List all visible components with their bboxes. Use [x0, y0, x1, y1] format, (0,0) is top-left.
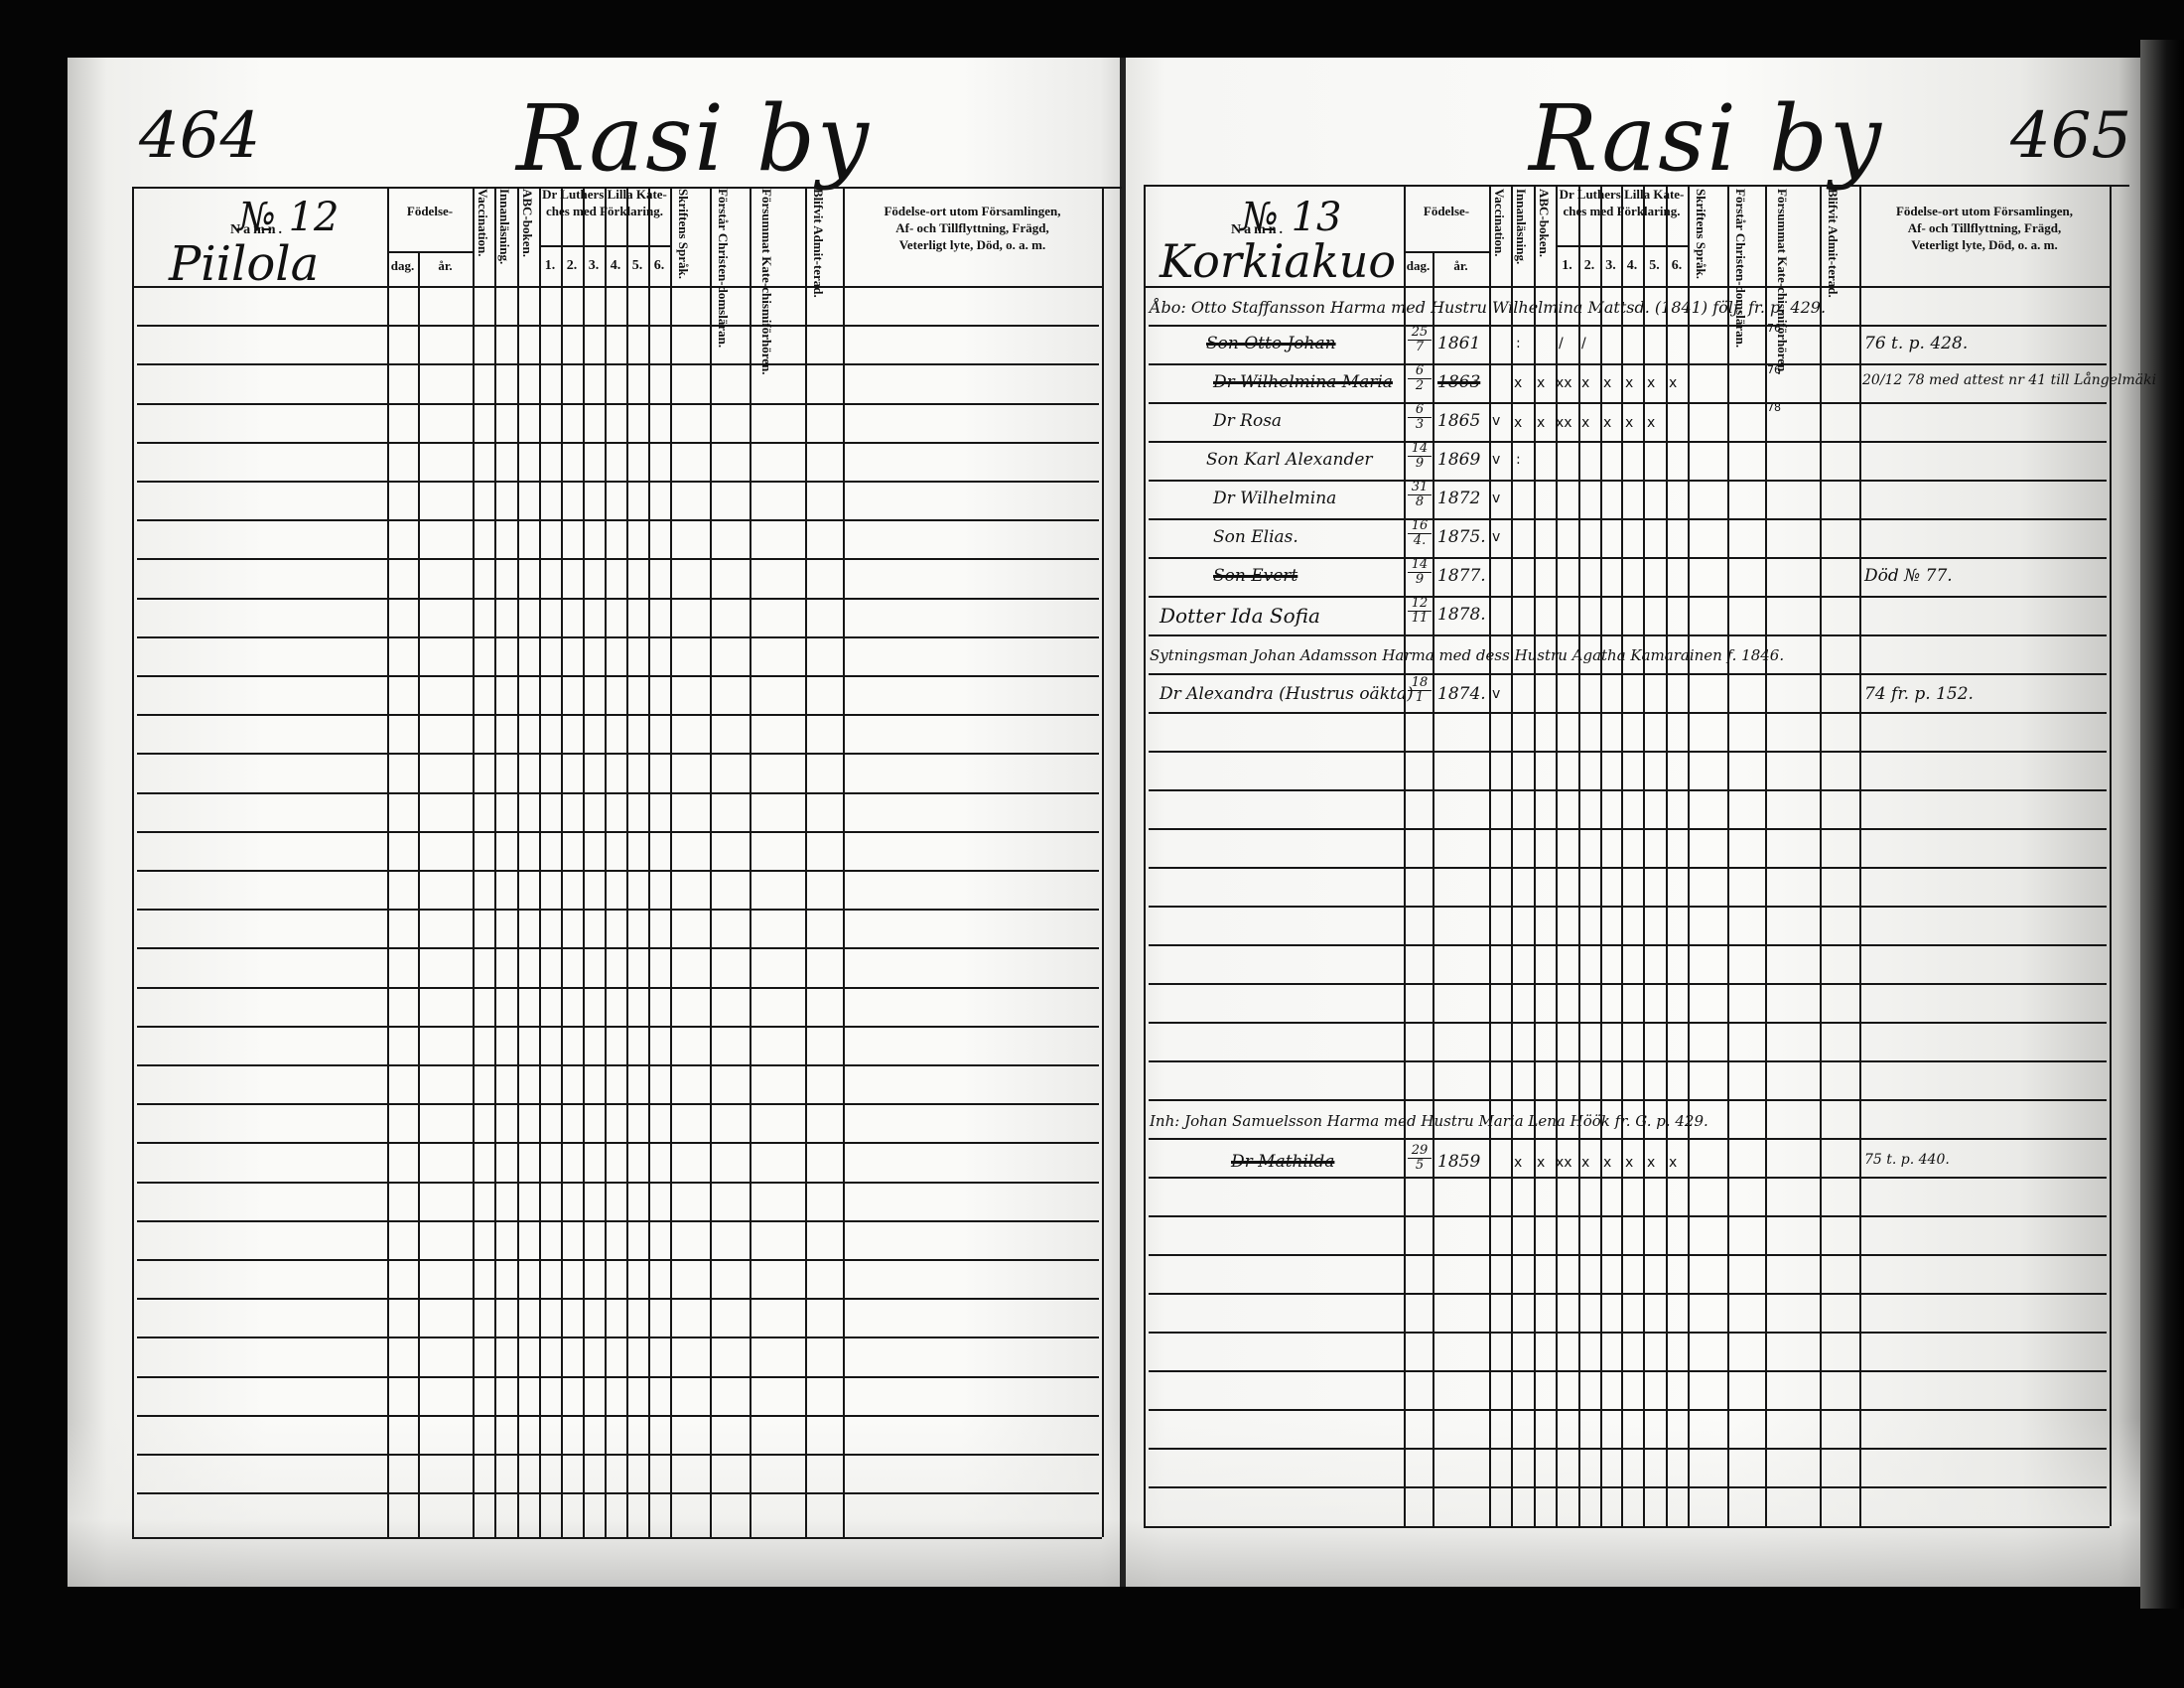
entry-household-head: Åbo: Otto Staffansson Harma med Hustru W… [1150, 298, 1826, 317]
row-rule [137, 1103, 1099, 1105]
row-rule [137, 870, 1099, 872]
entry-name: Dr Wilhelmina Maria [1213, 372, 1393, 392]
row-rule [1149, 634, 2107, 636]
vaccination-mark: v [1492, 452, 1500, 468]
row-rule [137, 519, 1099, 521]
catechism-mark: x [1669, 1155, 1677, 1171]
header-subrule [1556, 245, 1688, 247]
row-rule [137, 1454, 1099, 1456]
row-rule [137, 1492, 1099, 1494]
header-skriftens: Skriftens Språk. [676, 189, 690, 279]
column-divider [418, 251, 420, 1537]
header-katekes-1: 1. [1556, 258, 1578, 273]
row-rule [137, 1064, 1099, 1066]
birth-day: 149 [1408, 442, 1432, 471]
column-divider [561, 187, 563, 1537]
row-rule [1149, 1370, 2107, 1372]
catechism-mark: / [1581, 336, 1586, 352]
column-divider [1578, 185, 1580, 1526]
header-notes-1: Födelse-ort utom Församlingen, [843, 204, 1102, 218]
header-vaccination: Vaccination. [1492, 189, 1506, 257]
catechism-mark: x [1603, 375, 1611, 391]
entry-name: Dr Alexandra (Hustrus oäkta) [1160, 684, 1414, 704]
catechism-mark: / [1559, 336, 1564, 352]
column-divider [843, 187, 845, 1537]
row-rule [137, 363, 1099, 365]
row-rule [1149, 480, 2107, 482]
header-abc: ABC-boken. [520, 189, 534, 257]
entry-name: Son Elias. [1213, 527, 1298, 547]
column-divider [583, 187, 585, 1537]
birth-year: 1872 [1437, 489, 1480, 508]
row-rule [1149, 1138, 2107, 1140]
row-rule [1149, 983, 2107, 985]
entry-note: 75 t. p. 440. [1864, 1152, 1950, 1168]
row-rule [137, 1220, 1099, 1222]
header-katekes-2: 2. [561, 258, 583, 273]
header-notes-3: Veterligt lyte, Död, o. a. m. [1859, 237, 2110, 252]
catechism-mark: x [1625, 375, 1633, 391]
row-rule [137, 1259, 1099, 1261]
row-rule [137, 1142, 1099, 1144]
catechism-mark: x [1647, 1155, 1655, 1171]
column-divider [1859, 185, 1861, 1526]
birth-year: 1859 [1437, 1152, 1480, 1172]
entry-household-lodger: Inh: Johan Samuelsson Harma med Hustru M… [1150, 1112, 1708, 1130]
row-rule [1149, 1177, 2107, 1179]
birth-day: 62 [1408, 364, 1432, 393]
reading-mark: : [1516, 336, 1521, 352]
birth-year: 1877. [1437, 566, 1486, 586]
header-notes-1: Födelse-ort utom Församlingen, [1859, 204, 2110, 218]
row-rule [1149, 441, 2107, 443]
table-left-border [1144, 185, 1146, 1526]
row-rule [1149, 1448, 2107, 1450]
row-rule [137, 558, 1099, 560]
birth-day: 181 [1408, 676, 1432, 705]
birth-year: 1874. [1437, 684, 1486, 704]
row-rule [1149, 1254, 2107, 1256]
catechism-mark: x [1603, 1155, 1611, 1171]
column-divider [539, 187, 541, 1537]
row-rule [137, 831, 1099, 833]
row-rule [137, 714, 1099, 716]
right-farm-name: Korkiakuo [1160, 234, 1396, 288]
row-rule [137, 442, 1099, 444]
catechism-mark: x [1581, 415, 1589, 431]
column-divider [387, 187, 389, 1537]
header-vaccination: Vaccination. [476, 189, 489, 257]
row-rule [1149, 1060, 2107, 1062]
row-rule [137, 1376, 1099, 1378]
row-rule [137, 675, 1099, 677]
entry-name: Dr Mathilda [1231, 1152, 1334, 1172]
column-divider [1666, 185, 1668, 1526]
column-divider [626, 187, 628, 1537]
catechism-mark: x [1581, 1155, 1589, 1171]
row-rule [137, 636, 1099, 638]
right-page-number: 465 [2010, 99, 2131, 173]
header-bottom-border [132, 286, 1102, 288]
catechism-mark: x [1669, 375, 1677, 391]
header-dag: dag. [387, 258, 418, 273]
entry-name: Son Evert [1213, 566, 1297, 586]
vaccination-mark: v [1492, 529, 1500, 545]
table-left-border [132, 187, 134, 1537]
header-forstar: Förstår Christen-domsläran. [1733, 189, 1747, 284]
left-page-number: 464 [139, 99, 260, 173]
left-farm-name: Piilola [169, 236, 319, 292]
reading-mark: x [1514, 375, 1522, 391]
birth-year: 1875. [1437, 527, 1486, 547]
header-katekes-1: Dr Luthers Lilla Kate- [1556, 187, 1688, 202]
row-rule [1149, 596, 2107, 598]
birth-year: 1863 [1437, 372, 1480, 392]
header-ar: år. [418, 258, 473, 273]
header-fodelse: Födelse- [1404, 204, 1489, 218]
birth-day: 63 [1408, 403, 1432, 432]
column-divider [1534, 185, 1536, 1526]
table-right-border [2110, 185, 2112, 1526]
row-rule [137, 909, 1099, 911]
header-katekes-6: 6. [1666, 258, 1688, 273]
column-divider [805, 187, 807, 1537]
abc-mark: x [1537, 1155, 1545, 1171]
catechism-mark: x [1581, 375, 1589, 391]
row-rule [1149, 557, 2107, 559]
header-forsummat: Försummat Kate-chismiförhören. [759, 189, 773, 284]
birth-day: 257 [1408, 326, 1432, 354]
birth-day: 1211 [1408, 597, 1432, 626]
header-katekes-6: 6. [648, 258, 670, 273]
row-rule [1149, 1215, 2107, 1217]
row-rule [1149, 867, 2107, 869]
vaccination-mark: v [1492, 413, 1500, 429]
column-divider [1489, 185, 1491, 1526]
column-divider [1511, 185, 1513, 1526]
row-rule [1149, 1486, 2107, 1488]
header-bottom-border [1144, 286, 2110, 288]
entry-note: 20/12 78 med attest nr 41 till Långelmäk… [1862, 372, 2156, 388]
header-innanlasning: Innanläsning. [497, 189, 511, 264]
column-divider [1643, 185, 1645, 1526]
catechism-mark: x [1625, 415, 1633, 431]
scanned-register-spread: 464 Rasi by Rasi by 465 № 12 Namn. Piilo… [0, 0, 2184, 1688]
birth-year: 1869 [1437, 450, 1480, 470]
column-divider [1688, 185, 1690, 1526]
column-divider [1556, 185, 1558, 1526]
birth-day: 164. [1408, 519, 1432, 548]
header-notes-2: Af- och Tillflyttning, Frägd, [843, 220, 1102, 235]
row-rule [1149, 789, 2107, 791]
header-katekes-1: 1. [539, 258, 561, 273]
header-notes-3: Veterligt lyte, Död, o. a. m. [843, 237, 1102, 252]
header-katekes-5: 5. [1643, 258, 1666, 273]
vaccination-mark: v [1492, 491, 1500, 506]
catechism-mark: x [1603, 415, 1611, 431]
column-divider [605, 187, 607, 1537]
birth-year: 1878. [1437, 605, 1486, 625]
row-rule [1149, 518, 2107, 520]
catechism-mark: xx [1556, 415, 1572, 431]
reading-mark: x [1514, 1155, 1522, 1171]
row-rule [137, 792, 1099, 794]
row-rule [1149, 1099, 2107, 1101]
row-rule [1149, 751, 2107, 753]
row-rule [137, 1336, 1099, 1338]
entry-name: Dr Rosa [1213, 411, 1282, 431]
entry-name: Son Karl Alexander [1206, 450, 1373, 470]
header-katekes-5: 5. [626, 258, 648, 273]
column-divider [1765, 185, 1767, 1526]
header-notes-2: Af- och Tillflyttning, Frägd, [1859, 220, 2110, 235]
header-abc: ABC-boken. [1537, 189, 1551, 257]
header-katekes-4: 4. [1621, 258, 1643, 273]
column-divider [710, 187, 712, 1537]
header-forstar: Förstår Christen-domsläran. [716, 189, 730, 284]
birth-year: 1865 [1437, 411, 1480, 431]
row-rule [137, 325, 1099, 327]
header-blifvit: Blifvit Admit-terad. [811, 189, 825, 284]
entry-name: Son Otto Johan [1206, 334, 1336, 353]
header-katekes-4: 4. [605, 258, 626, 273]
entry-note: 76 t. p. 428. [1864, 334, 1968, 353]
row-rule [1149, 1293, 2107, 1295]
row-rule [137, 1298, 1099, 1300]
row-rule [137, 403, 1099, 405]
column-divider [670, 187, 672, 1537]
column-divider [1820, 185, 1822, 1526]
column-divider [1600, 185, 1602, 1526]
entry-name: Dr Wilhelmina [1213, 489, 1336, 508]
reading-mark: : [1516, 452, 1521, 468]
entry-note: Död № 77. [1864, 566, 1953, 586]
row-rule [137, 753, 1099, 755]
column-divider [517, 187, 519, 1537]
header-subrule [1404, 251, 1489, 253]
header-katekes-3: 3. [1600, 258, 1621, 273]
header-katekes-1: Dr Luthers Lilla Kate- [539, 187, 670, 202]
header-subrule [387, 251, 473, 253]
row-rule [137, 1415, 1099, 1417]
row-rule [1149, 1409, 2107, 1411]
entry-note: 74 fr. p. 152. [1864, 684, 1974, 704]
vaccination-mark: v [1492, 686, 1500, 702]
row-rule [137, 481, 1099, 483]
row-rule [137, 947, 1099, 949]
table-right-border [1102, 187, 1104, 1537]
column-divider [750, 187, 751, 1537]
row-rule [1149, 944, 2107, 946]
header-skriftens: Skriftens Språk. [1694, 189, 1707, 279]
header-subrule [539, 245, 670, 247]
row-rule [1149, 1332, 2107, 1334]
header-katekes-3: 3. [583, 258, 605, 273]
birth-day: 149 [1408, 558, 1432, 587]
column-divider [648, 187, 650, 1537]
table-bottom-border [1144, 1526, 2110, 1528]
header-katekes-2: ches med Förklaring. [1556, 204, 1688, 218]
entry-name: Dotter Ida Sofia [1160, 604, 1320, 628]
header-dag: dag. [1404, 258, 1433, 273]
header-fodelse: Födelse- [387, 204, 473, 218]
row-rule [1149, 828, 2107, 830]
column-divider [1404, 185, 1406, 1526]
birth-day: 295 [1408, 1144, 1432, 1173]
table-bottom-border [132, 1537, 1102, 1539]
catechism-mark: xx [1556, 1155, 1572, 1171]
left-village-heading: Rasi by [516, 85, 871, 192]
row-rule [1149, 325, 2107, 327]
header-blifvit: Blifvit Admit-terad. [1826, 189, 1840, 284]
row-rule [137, 1182, 1099, 1184]
row-rule [137, 1026, 1099, 1028]
row-rule [1149, 1022, 2107, 1024]
header-ar: år. [1433, 258, 1489, 273]
column-divider [1621, 185, 1623, 1526]
catechism-mark: x [1647, 375, 1655, 391]
column-divider [473, 187, 475, 1537]
row-rule [1149, 363, 2107, 365]
reading-mark: x [1514, 415, 1522, 431]
abc-mark: x [1537, 375, 1545, 391]
row-rule [137, 598, 1099, 600]
header-katekes-2: ches med Förklaring. [539, 204, 670, 218]
row-rule [1149, 402, 2107, 404]
birth-day: 318 [1408, 481, 1432, 509]
catechism-mark: x [1625, 1155, 1633, 1171]
row-rule [1149, 712, 2107, 714]
right-village-heading: Rasi by [1529, 85, 1883, 192]
catechism-mark: xx [1556, 375, 1572, 391]
header-innanlasning: Innanläsning. [1514, 189, 1528, 264]
birth-year: 1861 [1437, 334, 1480, 353]
scan-edge [2140, 40, 2184, 1609]
row-rule [1149, 673, 2107, 675]
abc-mark: x [1537, 415, 1545, 431]
row-rule [1149, 906, 2107, 908]
catechism-mark: x [1647, 415, 1655, 431]
column-divider [494, 187, 496, 1537]
row-rule [137, 987, 1099, 989]
header-forsummat: Försummat Kate-chismiförhören. [1775, 189, 1789, 284]
column-divider [1727, 185, 1729, 1526]
header-katekes-2: 2. [1578, 258, 1600, 273]
